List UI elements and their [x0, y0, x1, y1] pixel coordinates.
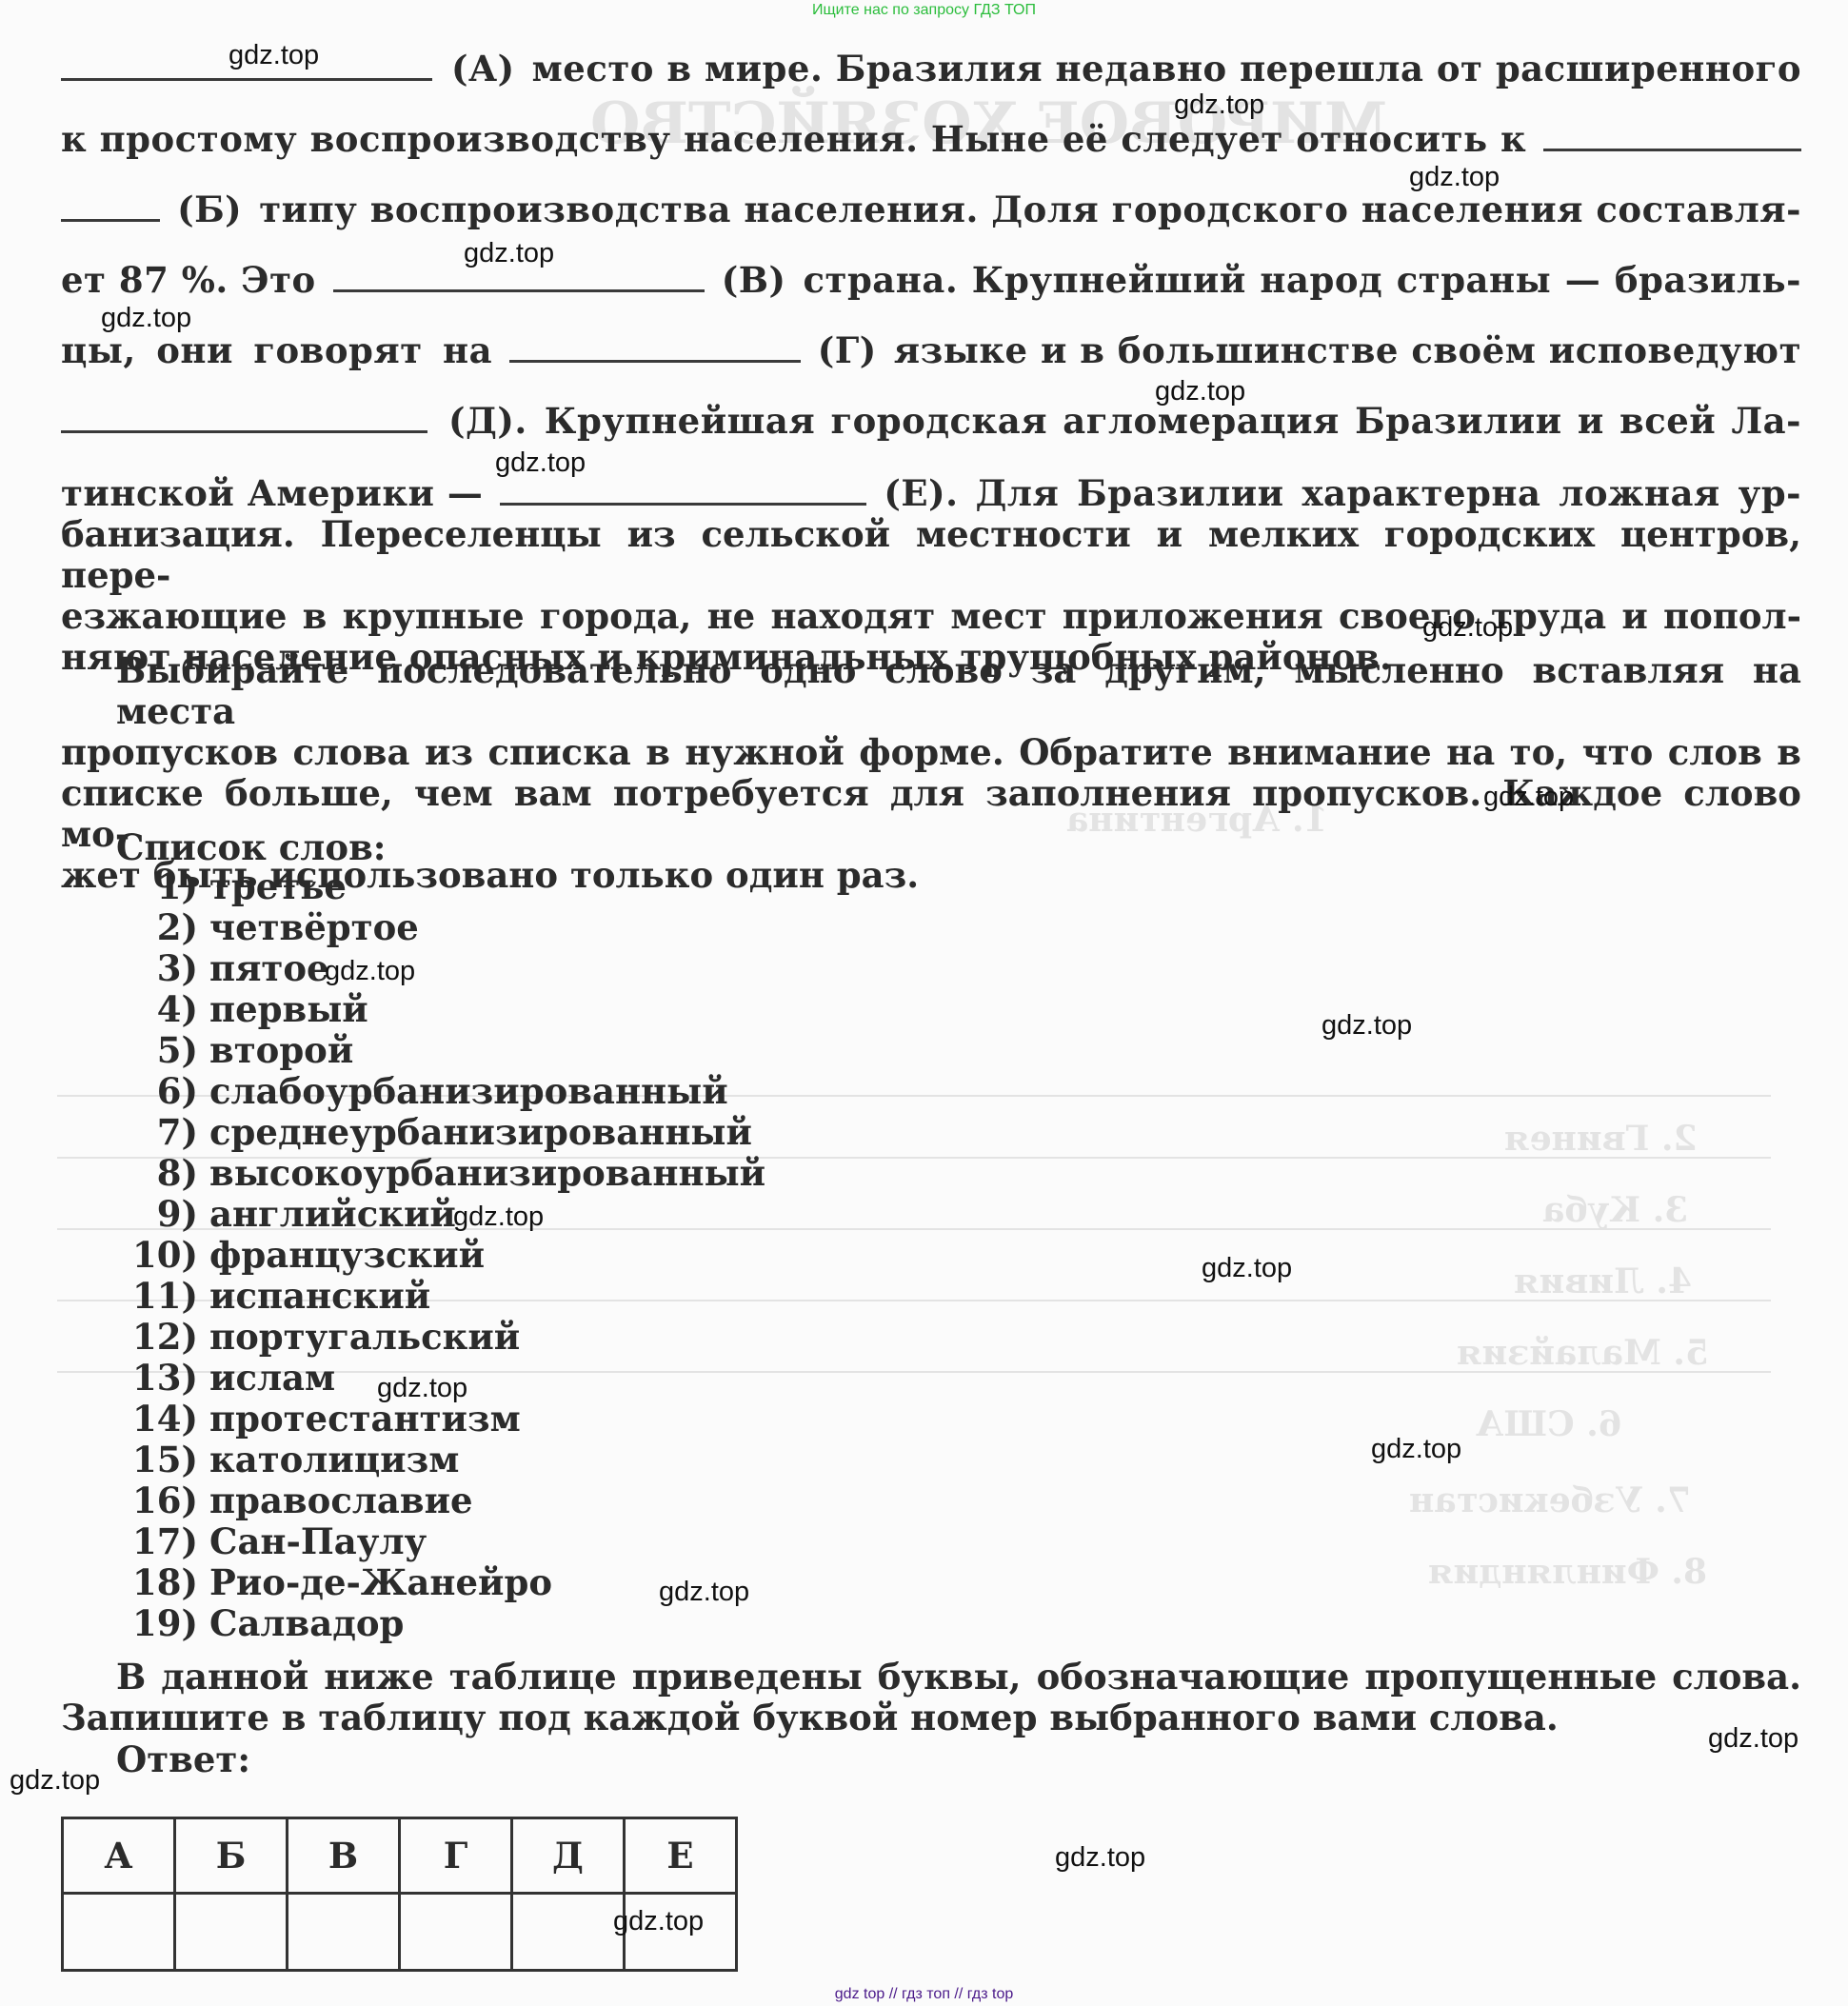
- blank-label-a: (А): [451, 48, 515, 89]
- blank-b-end: [61, 190, 160, 222]
- word-list-item: 17)Сан-Паулу: [114, 1521, 765, 1562]
- watermark: gdz.top: [464, 240, 554, 268]
- word-text: слабоурбанизированный: [209, 1070, 728, 1112]
- word-number: 14): [114, 1399, 198, 1440]
- answer-header-cell: Б: [175, 1818, 288, 1894]
- answer-header-cell: Д: [512, 1818, 625, 1894]
- top-banner[interactable]: Ищите нас по запросу ГДЗ ТОП: [0, 0, 1848, 21]
- blank-label-b: (Б): [177, 189, 242, 230]
- watermark: gdz.top: [1155, 378, 1245, 406]
- word-number: 6): [114, 1071, 198, 1112]
- word-list-item: 2)четвёртое: [114, 907, 765, 948]
- word-number: 5): [114, 1030, 198, 1071]
- word-number: 9): [114, 1194, 198, 1235]
- word-number: 1): [114, 866, 198, 907]
- show-through-text: 5. Малайзия: [1457, 1333, 1709, 1373]
- word-list-item: 12)португальский: [114, 1317, 765, 1358]
- watermark: gdz.top: [1202, 1255, 1292, 1282]
- word-list-item: 11)испанский: [114, 1276, 765, 1317]
- word-text: Салвадор: [209, 1602, 404, 1644]
- show-through-text: 4. Ливия: [1514, 1261, 1692, 1301]
- show-through-text: 8. Финляндия: [1428, 1552, 1707, 1592]
- watermark: gdz.top: [1409, 164, 1500, 191]
- word-number: 16): [114, 1480, 198, 1521]
- blank-label-g: (Г): [818, 329, 877, 371]
- answer-header-cell: А: [63, 1818, 175, 1894]
- word-number: 4): [114, 989, 198, 1030]
- watermark: gdz.top: [1483, 784, 1574, 811]
- answer-header-row: АБВГДЕ: [63, 1818, 737, 1894]
- watermark: gdz.top: [1174, 91, 1264, 119]
- text-line-3: (Б) типу воспроизводства населения. Доля…: [61, 189, 1801, 230]
- word-list: 1)третье2)четвёртое3)пятое4)первый5)втор…: [114, 866, 765, 1644]
- word-text: высокоурбанизированный: [209, 1152, 765, 1194]
- text-line-7: тинской Америки — (Е). Для Бразилии хара…: [61, 472, 1801, 514]
- answer-table: АБВГДЕ: [61, 1817, 738, 1972]
- blank-label-e: (Е).: [884, 472, 958, 514]
- word-number: 18): [114, 1562, 198, 1603]
- answer-input-cell[interactable]: [512, 1894, 625, 1971]
- word-number: 3): [114, 948, 198, 989]
- watermark: gdz.top: [377, 1375, 467, 1402]
- word-number: 2): [114, 907, 198, 948]
- table-instructions: В данной ниже таблице приведены буквы, о…: [61, 1657, 1801, 1738]
- bottom-banner[interactable]: gdz top // гдз топ // гдз top: [0, 1985, 1848, 2004]
- word-text: ислам: [209, 1357, 335, 1399]
- answer-input-cell[interactable]: [400, 1894, 512, 1971]
- answer-label: Ответ:: [116, 1738, 250, 1780]
- text-line-4: ет 87 %. Это (В) страна. Крупнейший наро…: [61, 259, 1801, 301]
- word-text: первый: [209, 988, 368, 1030]
- word-list-item: 19)Салвадор: [114, 1603, 765, 1644]
- watermark: gdz.top: [101, 305, 191, 332]
- word-list-title: Список слов:: [116, 826, 386, 868]
- word-list-item: 16)православие: [114, 1480, 765, 1521]
- word-list-item: 4)первый: [114, 989, 765, 1030]
- word-number: 15): [114, 1440, 198, 1480]
- word-number: 8): [114, 1153, 198, 1194]
- watermark: gdz.top: [325, 958, 415, 985]
- blank-g: [509, 331, 801, 363]
- word-number: 11): [114, 1276, 198, 1317]
- answer-input-cell[interactable]: [175, 1894, 288, 1971]
- show-through-text: 2. Гвинея: [1504, 1119, 1698, 1159]
- word-text: испанский: [209, 1275, 430, 1317]
- text-line-1: (А) место в мире. Бразилия недавно переш…: [61, 48, 1801, 89]
- word-list-item: 5)второй: [114, 1030, 765, 1071]
- word-text: православие: [209, 1480, 473, 1521]
- show-through-text: 3. Куба: [1542, 1190, 1688, 1230]
- word-number: 13): [114, 1358, 198, 1399]
- blank-d: [61, 402, 427, 433]
- text-line-2: к простому воспроизводству населения. Ны…: [61, 118, 1801, 160]
- word-list-item: 9)английский: [114, 1194, 765, 1235]
- answer-header-cell: Е: [625, 1818, 737, 1894]
- blank-e: [500, 474, 866, 506]
- word-number: 12): [114, 1317, 198, 1358]
- word-list-item: 7)среднеурбанизированный: [114, 1112, 765, 1153]
- word-text: второй: [209, 1029, 353, 1071]
- answer-header-cell: В: [288, 1818, 400, 1894]
- watermark: gdz.top: [1371, 1436, 1461, 1463]
- show-through-text: 6. США: [1476, 1404, 1622, 1444]
- word-text: Сан-Паулу: [209, 1520, 427, 1562]
- watermark: gdz.top: [1055, 1844, 1145, 1872]
- watermark: gdz.top: [613, 1908, 704, 1936]
- word-list-item: 15)католицизм: [114, 1440, 765, 1480]
- answer-input-cell[interactable]: [288, 1894, 400, 1971]
- watermark: gdz.top: [10, 1767, 100, 1795]
- word-text: португальский: [209, 1316, 520, 1358]
- text-line-6: (Д). Крупнейшая городская агломерация Бр…: [61, 400, 1801, 442]
- watermark: gdz.top: [1708, 1725, 1798, 1753]
- watermark: gdz.top: [1321, 1012, 1412, 1040]
- blank-label-v: (В): [722, 259, 786, 301]
- worksheet-page: МИРОВОЕ ХОЗЯЙСТВО 1. Аргентина 2. Гвинея…: [0, 0, 1848, 2006]
- word-list-item: 8)высокоурбанизированный: [114, 1153, 765, 1194]
- word-list-item: 14)протестантизм: [114, 1399, 765, 1440]
- word-list-item: 3)пятое: [114, 948, 765, 989]
- answer-input-cell[interactable]: [63, 1894, 175, 1971]
- text-line-5: цы, они говорят на (Г) языке и в большин…: [61, 329, 1801, 371]
- word-number: 7): [114, 1112, 198, 1153]
- word-text: католицизм: [209, 1439, 459, 1480]
- word-text: протестантизм: [209, 1398, 521, 1440]
- watermark: gdz.top: [453, 1203, 544, 1231]
- word-text: английский: [209, 1193, 456, 1235]
- show-through-text: 7. Узбекистан: [1409, 1480, 1691, 1520]
- blank-label-d: (Д).: [448, 400, 527, 442]
- word-text: третье: [209, 865, 347, 907]
- watermark: gdz.top: [495, 449, 586, 477]
- word-text: пятое: [209, 947, 329, 989]
- word-number: 10): [114, 1235, 198, 1276]
- answer-header-cell: Г: [400, 1818, 512, 1894]
- watermark: gdz.top: [1422, 614, 1513, 642]
- blank-b-start: [1543, 120, 1801, 151]
- watermark: gdz.top: [229, 42, 319, 70]
- word-list-item: 10)французский: [114, 1235, 765, 1276]
- word-text: Рио-де-Жанейро: [209, 1561, 552, 1603]
- word-text: четвёртое: [209, 906, 419, 948]
- word-number: 19): [114, 1603, 198, 1644]
- word-number: 17): [114, 1521, 198, 1562]
- watermark: gdz.top: [659, 1579, 749, 1606]
- word-list-item: 6)слабоурбанизированный: [114, 1071, 765, 1112]
- word-text: французский: [209, 1234, 485, 1276]
- word-text: среднеурбанизированный: [209, 1111, 752, 1153]
- word-list-item: 1)третье: [114, 866, 765, 907]
